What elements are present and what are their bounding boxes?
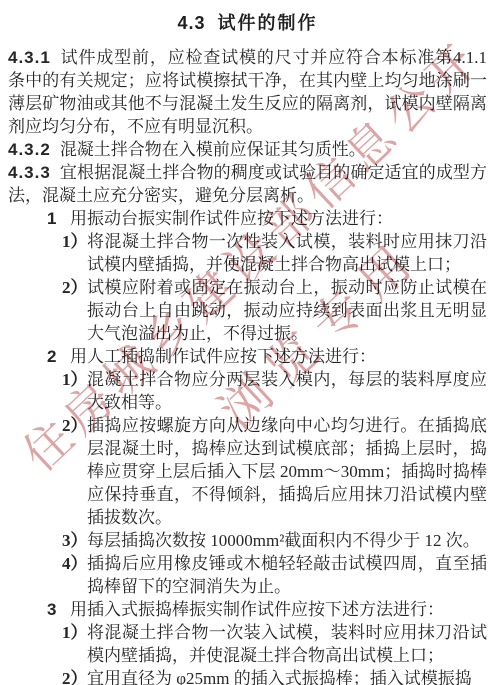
method-2-step-1: 1）混凝土拌合物应分两层装入模内，每层的装料厚度应大致相等。 (62, 368, 487, 414)
document-page: 4.3试件的制作 4.3.1试件成型前，应检查试模的尺寸并应符合本标准第4.1.… (0, 0, 493, 685)
clause-number: 4.3.3 (8, 163, 51, 182)
method-number: 2 (47, 345, 70, 368)
section-title-text: 试件的制作 (218, 13, 318, 33)
step-number: 2） (62, 667, 87, 685)
method-1-step-2: 2）试模应附着或固定在振动台上，振动时应防止试模在振动台上自由跳动，振动应持续到… (62, 276, 487, 345)
method-text: 用振动台振实制作试件应按下述方法进行： (70, 207, 487, 230)
clause-number: 4.3.1 (8, 48, 51, 67)
clause-text: 试件成型前，应检查试模的尺寸并应符合本标准第4.1.1 条中的有关规定；应将试模… (8, 48, 487, 136)
method-2-heading: 2用人工插捣制作试件应按下述方法进行： (47, 345, 487, 368)
step-number: 3） (62, 529, 87, 552)
method-1-step-1: 1）将混凝土拌合物一次性装入试模，装料时应用抹刀沿试模内壁插捣，并使混凝土拌合物… (62, 230, 487, 276)
section-number: 4.3 (177, 13, 205, 33)
step-text: 插捣后应用橡皮锤或木槌轻轻敲击试模四周，直至插捣棒留下的空洞消失为止。 (87, 552, 487, 598)
method-number: 1 (47, 207, 70, 230)
step-number: 1） (62, 368, 87, 414)
step-text: 混凝土拌合物应分两层装入模内，每层的装料厚度应大致相等。 (87, 368, 487, 414)
clause-text: 混凝土拌合物在入模前应保证其匀质性。 (60, 140, 366, 159)
method-3-step-1: 1）将混凝土拌合物一次装入试模，装料时应用抹刀沿试模内壁插捣，并使混凝土拌合物高… (62, 621, 487, 667)
section-title: 4.3试件的制作 (8, 9, 487, 35)
step-text: 每层插捣次数按 10000mm²截面积内不得少于 12 次。 (87, 529, 487, 552)
clause-text: 宜根据混凝土拌合物的稠度或试验目的确定适宜的成型方法，混凝土应充分密实，避免分层… (8, 163, 487, 205)
step-text: 宜用直径为 φ25mm 的插入式振捣棒；插入试模振捣 (87, 667, 487, 685)
step-text: 将混凝土拌合物一次装入试模，装料时应用抹刀沿试模内壁插捣，并使混凝土拌合物高出试… (87, 621, 487, 667)
step-number: 4） (62, 552, 87, 598)
step-number: 2） (62, 276, 87, 345)
clause-4-3-2: 4.3.2混凝土拌合物在入模前应保证其匀质性。 (8, 138, 487, 161)
method-text: 用插入式振捣棒振实制作试件应按下述方法进行： (70, 598, 487, 621)
method-1-heading: 1用振动台振实制作试件应按下述方法进行： (47, 207, 487, 230)
method-2-step-2: 2）插捣应按螺旋方向从边缘向中心均匀进行。在插捣底层混凝土时，捣棒应达到试模底部… (62, 414, 487, 529)
step-text: 试模应附着或固定在振动台上，振动时应防止试模在振动台上自由跳动，振动应持续到表面… (87, 276, 487, 345)
method-2-step-4: 4）插捣后应用橡皮锤或木槌轻轻敲击试模四周，直至插捣棒留下的空洞消失为止。 (62, 552, 487, 598)
step-text: 插捣应按螺旋方向从边缘向中心均匀进行。在插捣底层混凝土时，捣棒应达到试模底部；插… (87, 414, 487, 529)
step-number: 1） (62, 621, 87, 667)
step-number: 1） (62, 230, 87, 276)
method-number: 3 (47, 598, 70, 621)
clause-4-3-3: 4.3.3宜根据混凝土拌合物的稠度或试验目的确定适宜的成型方法，混凝土应充分密实… (8, 161, 487, 207)
method-2-step-3: 3）每层插捣次数按 10000mm²截面积内不得少于 12 次。 (62, 529, 487, 552)
step-number: 2） (62, 414, 87, 529)
method-3-step-2: 2）宜用直径为 φ25mm 的插入式振捣棒；插入试模振捣 (62, 667, 487, 685)
step-text: 将混凝土拌合物一次性装入试模，装料时应用抹刀沿试模内壁插捣，并使混凝土拌合物高出… (87, 230, 487, 276)
clause-number: 4.3.2 (8, 140, 51, 159)
method-text: 用人工插捣制作试件应按下述方法进行： (70, 345, 487, 368)
method-3-heading: 3用插入式振捣棒振实制作试件应按下述方法进行： (47, 598, 487, 621)
clause-4-3-1: 4.3.1试件成型前，应检查试模的尺寸并应符合本标准第4.1.1 条中的有关规定… (8, 46, 487, 138)
